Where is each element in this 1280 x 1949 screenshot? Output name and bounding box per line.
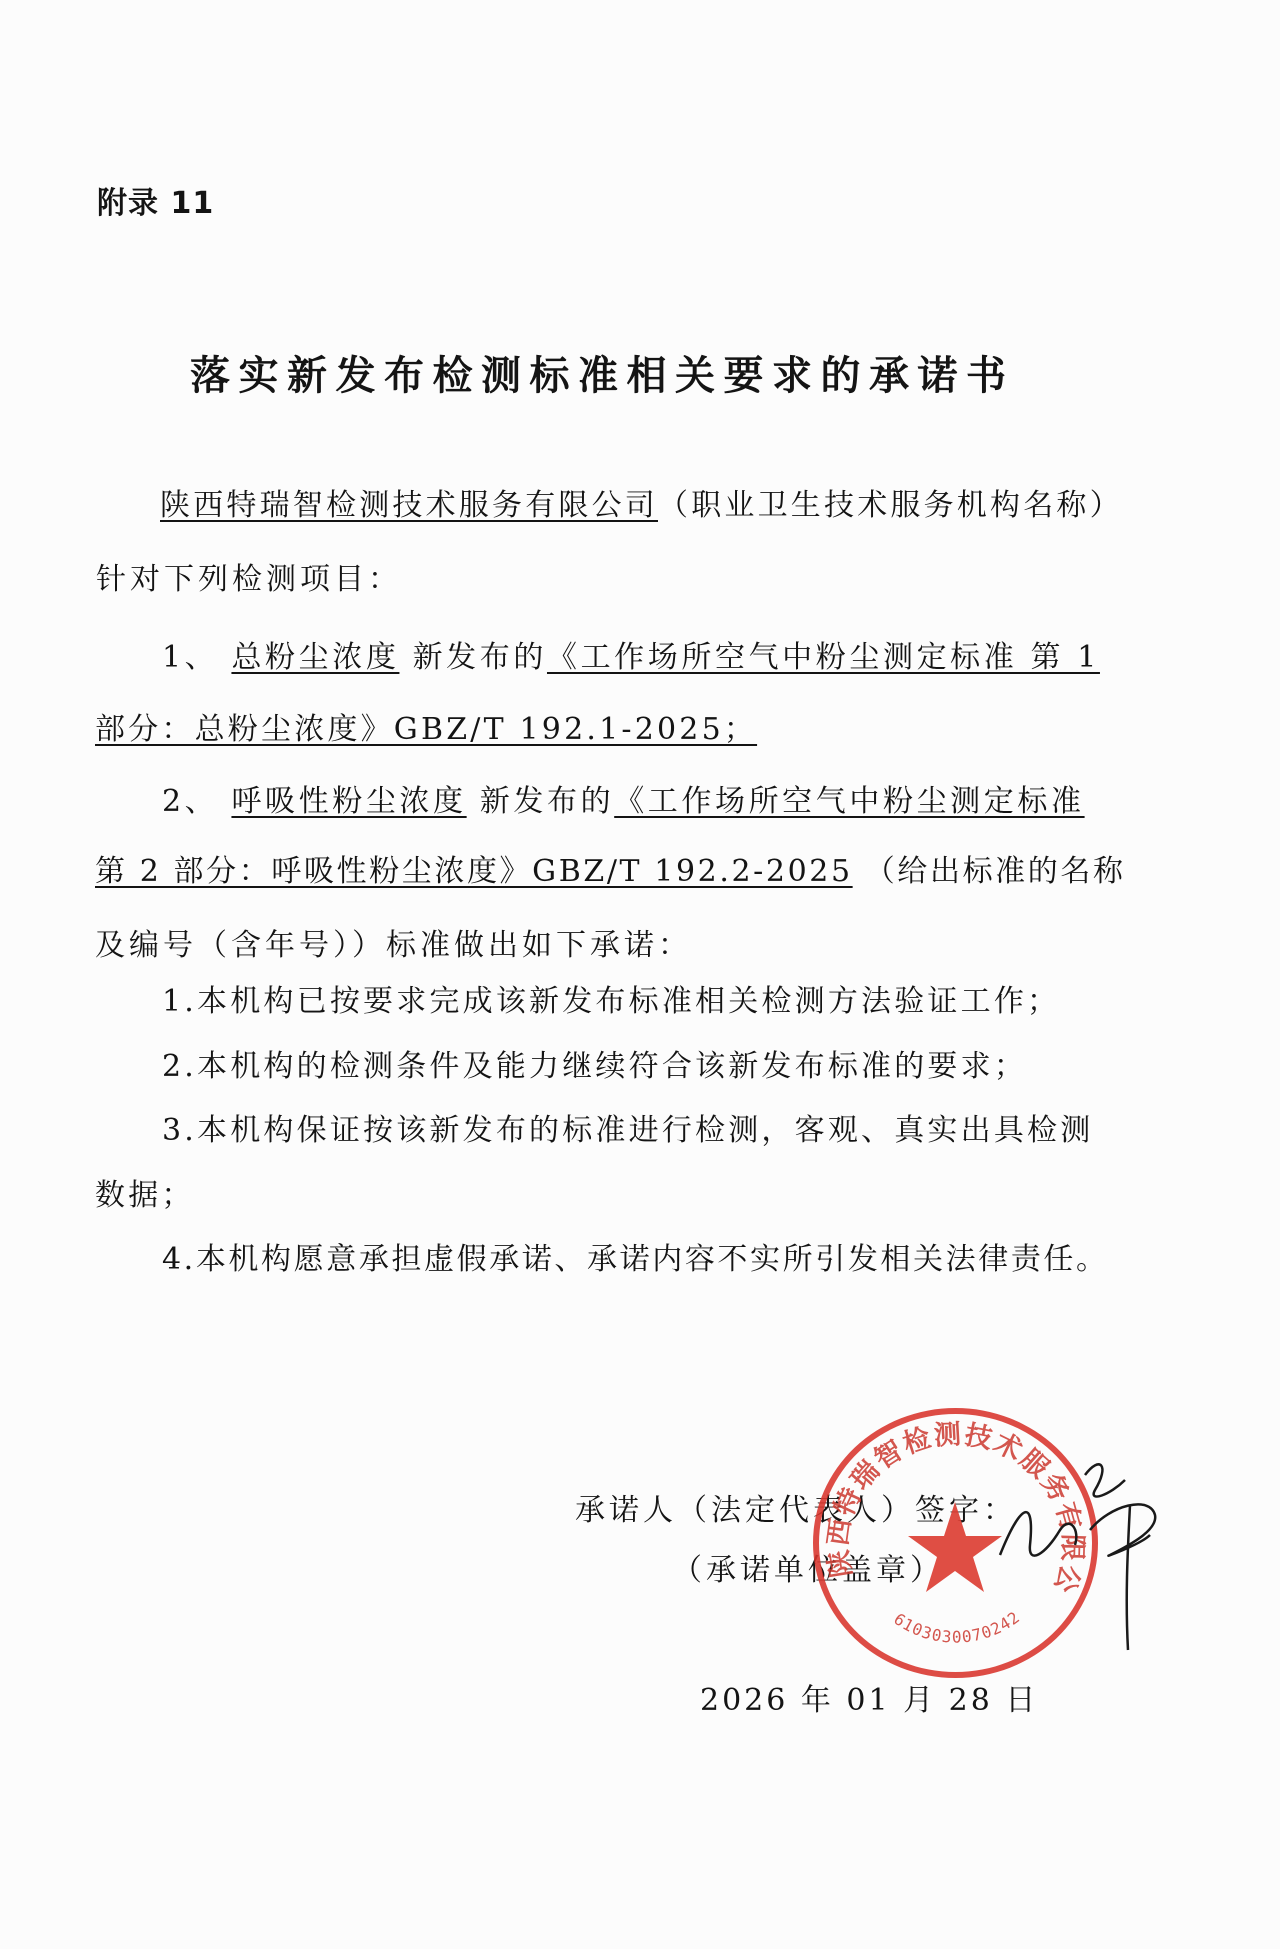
commitment-3-cont: 数据；: [95, 1178, 195, 1214]
item-project: 呼吸性粉尘浓度: [231, 784, 466, 819]
handwritten-signature: [990, 1435, 1170, 1665]
item-standard: 《工作场所空气中粉尘测定标准: [614, 784, 1084, 819]
document-page: 附录 11 落实新发布检测标准相关要求的承诺书 陕西特瑞智检测技术服务有限公司（…: [0, 0, 1280, 1949]
item-2-line-2: 第 2 部分：呼吸性粉尘浓度》GBZ/T 192.2-2025 （给出标准的名称: [95, 854, 1126, 890]
intro-line: 陕西特瑞智检测技术服务有限公司（职业卫生技术服务机构名称）: [160, 488, 1123, 524]
item-2-line-1: 2、 呼吸性粉尘浓度 新发布的《工作场所空气中粉尘测定标准: [162, 784, 1085, 820]
lead-in: 针对下列检测项目：: [96, 562, 402, 598]
document-title: 落实新发布检测标准相关要求的承诺书: [190, 344, 1030, 401]
appendix-label: 附录 11: [97, 178, 214, 222]
commitment-4: 4.本机构愿意承担虚假承诺、承诺内容不实所引发相关法律责任。: [162, 1242, 1109, 1278]
item-number: 1、: [162, 640, 218, 675]
item-project: 总粉尘浓度: [231, 640, 399, 675]
commitment-3: 3.本机构保证按该新发布的标准进行检测，客观、真实出具检测: [162, 1113, 1093, 1149]
item-connector: 新发布的: [413, 640, 547, 675]
organization-hint: （职业卫生技术服务机构名称）: [658, 488, 1123, 523]
item-connector: 新发布的: [480, 784, 614, 819]
signing-date: 2026 年 01 月 28 日: [700, 1683, 1038, 1719]
organization-name: 陕西特瑞智检测技术服务有限公司: [160, 488, 658, 523]
item-standard-cont: 第 2 部分：呼吸性粉尘浓度》GBZ/T 192.2-2025: [95, 854, 853, 889]
commitment-2: 2.本机构的检测条件及能力继续符合该新发布标准的要求；: [162, 1049, 1027, 1085]
standard-hint: （给出标准的名称: [865, 854, 1126, 889]
item-2-line-3: 及编号（含年号））标准做出如下承诺：: [95, 928, 692, 964]
item-1-line-2: 部分：总粉尘浓度》GBZ/T 192.1-2025；: [95, 712, 757, 748]
item-standard: 《工作场所空气中粉尘测定标准 第 1: [547, 640, 1100, 675]
item-standard-cont: 部分：总粉尘浓度》GBZ/T 192.1-2025；: [95, 712, 757, 747]
commitment-1: 1.本机构已按要求完成该新发布标准相关检测方法验证工作；: [162, 984, 1060, 1020]
item-number: 2、: [162, 784, 218, 819]
item-1-line-1: 1、 总粉尘浓度 新发布的《工作场所空气中粉尘测定标准 第 1: [162, 640, 1100, 676]
